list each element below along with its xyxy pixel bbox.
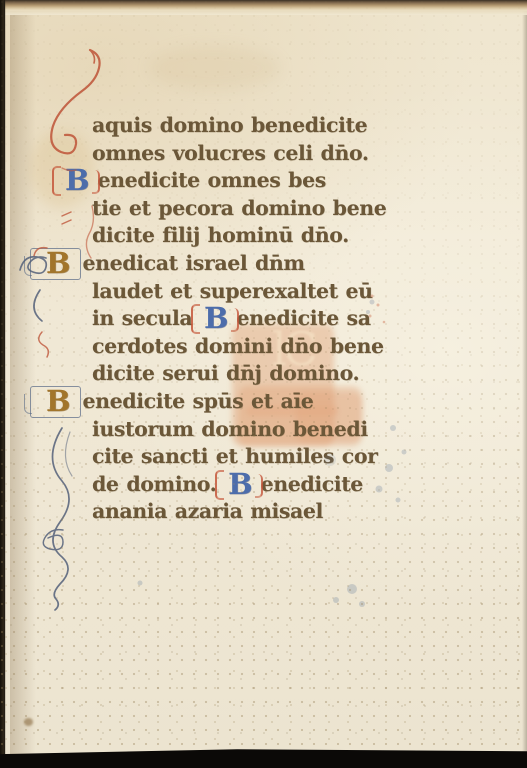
manuscript-line: Benedicat israel dn̄m: [92, 250, 392, 278]
text-block: aquis domino benediciteomnes volucres ce…: [92, 112, 392, 526]
manuscript-line: de domino. Benedicite: [92, 471, 392, 499]
manuscript-line: cerdotes domini dn̄o bene: [92, 333, 392, 361]
text-run: dicite filij hominū dn̄o.: [92, 223, 349, 247]
manuscript-line: Benedicite spūs et aīe: [92, 388, 392, 416]
text-run: cerdotes domini dn̄o bene: [92, 334, 384, 358]
manuscript-line: laudet et superexaltet eū: [92, 278, 392, 306]
text-run: enedicite sa: [237, 306, 371, 330]
page-edge-highlight: [5, 10, 527, 15]
text-run: laudet et superexaltet eū: [92, 279, 373, 303]
text-run: cite sancti et humiles cor: [92, 444, 378, 468]
illuminated-initial-b: B: [200, 307, 233, 329]
manuscript-line: tie et pecora domino bene: [92, 195, 392, 223]
text-run: enedicite omnes bes: [98, 168, 326, 192]
manuscript-photo: lC aquis domino benediciteomnes volucres…: [0, 0, 527, 768]
illuminated-initial-b: B: [42, 252, 75, 274]
manuscript-line: Benedicite omnes bes: [92, 167, 392, 195]
manuscript-line: dicite serui dn̄j domino.: [92, 360, 392, 388]
text-run: de domino.: [92, 472, 224, 496]
text-run: tie et pecora domino bene: [92, 196, 386, 220]
illuminated-initial-b: B: [61, 169, 94, 191]
illuminated-initial-b: B: [224, 473, 257, 495]
text-run: in secula: [92, 306, 200, 330]
illuminated-initial-b: B: [42, 390, 75, 412]
text-run: dicite serui dn̄j domino.: [92, 361, 359, 385]
text-run: iustorum domino benedi: [92, 417, 368, 441]
manuscript-line: omnes volucres celi dn̄o.: [92, 140, 392, 168]
text-run: enedicite spūs et aīe: [83, 389, 314, 413]
binding-gutter-edge: [0, 0, 6, 768]
stacked-page-edges: [5, 0, 527, 10]
text-run: omnes volucres celi dn̄o.: [92, 141, 369, 165]
text-run: enedicite: [261, 472, 363, 496]
manuscript-line: iustorum domino benedi: [92, 416, 392, 444]
manuscript-line: anania azaria misael: [92, 498, 392, 526]
manuscript-line: dicite filij hominū dn̄o.: [92, 222, 392, 250]
text-run: aquis domino benedicite: [92, 113, 367, 137]
manuscript-line: aquis domino benedicite: [92, 112, 392, 140]
right-edge-shadow: [522, 9, 527, 768]
manuscript-line: in secula Benedicite sa: [92, 305, 392, 333]
text-run: enedicat israel dn̄m: [83, 251, 305, 275]
text-run: anania azaria misael: [92, 499, 323, 523]
